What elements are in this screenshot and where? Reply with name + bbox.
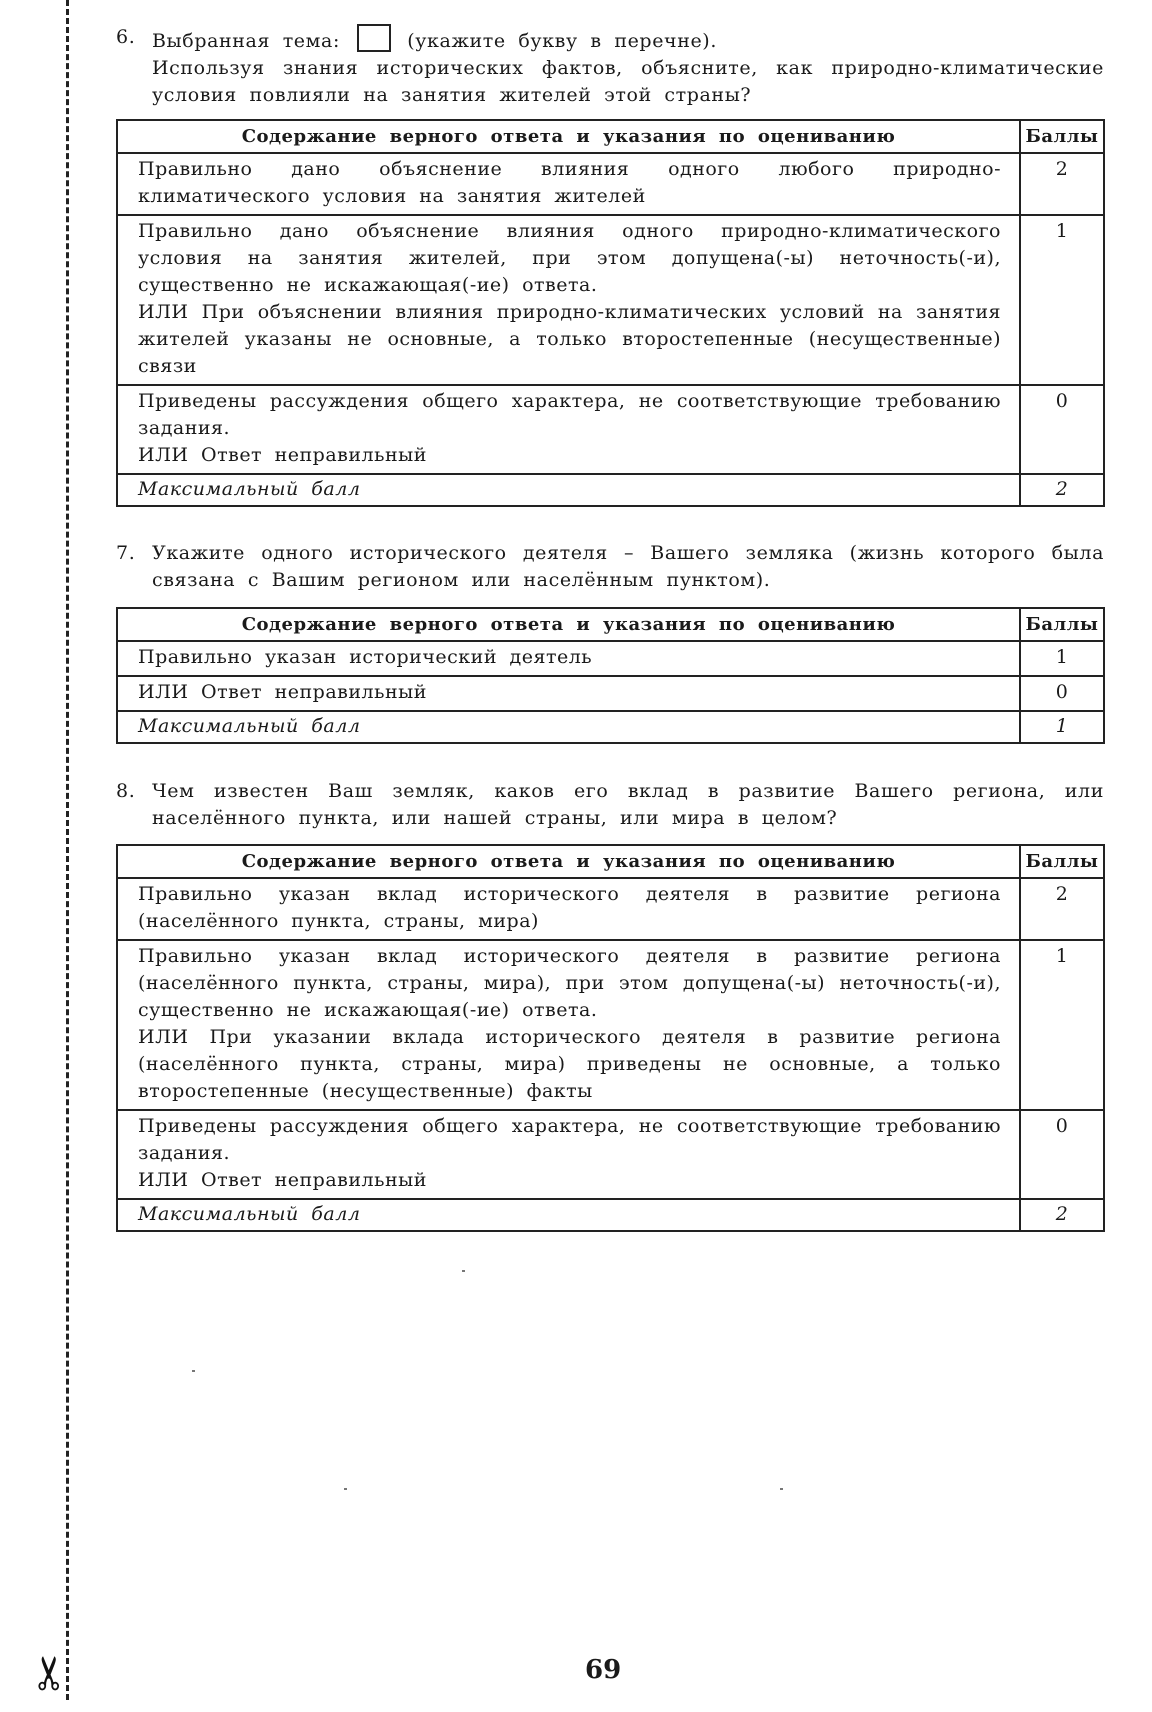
- criterion-line: ИЛИ Ответ неправильный: [138, 679, 1001, 706]
- max-score-label: Максимальный балл: [117, 1199, 1020, 1231]
- max-score-row: Максимальный балл1: [117, 711, 1104, 743]
- scan-speck: [462, 1270, 465, 1272]
- question-8: 8. Чем известен Ваш земляк, каков его вк…: [116, 778, 1104, 832]
- table-row: Правильно дано объяснение влияния одного…: [117, 153, 1104, 215]
- scissors-icon: ✂: [26, 1654, 72, 1693]
- table-row: Правильно дано объяснение влияния одного…: [117, 215, 1104, 385]
- max-score-value: 2: [1020, 474, 1104, 506]
- table-row: Правильно указан вклад исторического дея…: [117, 878, 1104, 940]
- page-number: 69: [585, 1655, 621, 1685]
- criterion-line: Правильно указан вклад исторического дея…: [138, 943, 1001, 1024]
- header-score: Баллы: [1020, 845, 1104, 878]
- criterion-line: ИЛИ При объяснении влияния природно-клим…: [138, 299, 1001, 380]
- table-row: Приведены рассуждения общего характера, …: [117, 385, 1104, 474]
- criterion-text: Правильно дано объяснение влияния одного…: [117, 215, 1020, 385]
- cut-line: [66, 0, 69, 1700]
- criteria-table-q8: Содержание верного ответа и указания по …: [116, 844, 1105, 1232]
- question-prompt: Выбранная тема:: [152, 30, 340, 52]
- criterion-text: Правильно указан исторический деятель: [117, 641, 1020, 676]
- criterion-text: ИЛИ Ответ неправильный: [117, 676, 1020, 711]
- question-prompt-hint: (укажите букву в перечне).: [407, 30, 717, 52]
- criterion-score: 2: [1020, 153, 1104, 215]
- criterion-text: Правильно указан вклад исторического дея…: [117, 940, 1020, 1110]
- header-score: Баллы: [1020, 608, 1104, 641]
- criteria-table-q7: Содержание верного ответа и указания по …: [116, 607, 1105, 744]
- max-score-row: Максимальный балл2: [117, 1199, 1104, 1231]
- question-number: 6.: [116, 24, 135, 51]
- criterion-line: ИЛИ При указании вклада исторического де…: [138, 1024, 1001, 1105]
- question-7: 7. Укажите одного исторического деятеля …: [116, 540, 1104, 594]
- header-score: Баллы: [1020, 120, 1104, 153]
- table-header-row: Содержание верного ответа и указания по …: [117, 120, 1104, 153]
- criterion-line: Приведены рассуждения общего характера, …: [138, 388, 1001, 442]
- criterion-line: Правильно указан исторический деятель: [138, 644, 1001, 671]
- table-row: Правильно указан исторический деятель1: [117, 641, 1104, 676]
- criterion-text: Приведены рассуждения общего характера, …: [117, 1110, 1020, 1199]
- max-score-value: 1: [1020, 711, 1104, 743]
- question-number: 8.: [116, 778, 135, 805]
- criterion-line: Правильно указан вклад исторического дея…: [138, 881, 1001, 935]
- question-6: 6. Выбранная тема: (укажите букву в пере…: [116, 24, 1104, 109]
- table-header-row: Содержание верного ответа и указания по …: [117, 608, 1104, 641]
- scan-speck: [344, 1488, 347, 1490]
- criterion-text: Приведены рассуждения общего характера, …: [117, 385, 1020, 474]
- header-content: Содержание верного ответа и указания по …: [117, 120, 1020, 153]
- header-content: Содержание верного ответа и указания по …: [117, 608, 1020, 641]
- topic-letter-box[interactable]: [357, 24, 391, 52]
- question-text: Используя знания исторических фактов, об…: [152, 55, 1104, 109]
- question-text: Чем известен Ваш земляк, каков его вклад…: [152, 778, 1104, 832]
- max-score-label: Максимальный балл: [117, 474, 1020, 506]
- scan-speck: [192, 1370, 195, 1372]
- table-row: Правильно указан вклад исторического дея…: [117, 940, 1104, 1110]
- scan-speck: [780, 1488, 783, 1490]
- max-score-value: 2: [1020, 1199, 1104, 1231]
- criterion-text: Правильно дано объяснение влияния одного…: [117, 153, 1020, 215]
- criterion-score: 1: [1020, 940, 1104, 1110]
- criterion-line: Правильно дано объяснение влияния одного…: [138, 218, 1001, 299]
- criterion-score: 0: [1020, 676, 1104, 711]
- criterion-line: Правильно дано объяснение влияния одного…: [138, 156, 1001, 210]
- criterion-score: 1: [1020, 215, 1104, 385]
- criterion-score: 1: [1020, 641, 1104, 676]
- criteria-table-q6: Содержание верного ответа и указания по …: [116, 119, 1105, 507]
- criterion-line: ИЛИ Ответ неправильный: [138, 1167, 1001, 1194]
- criterion-score: 2: [1020, 878, 1104, 940]
- max-score-row: Максимальный балл2: [117, 474, 1104, 506]
- criterion-text: Правильно указан вклад исторического дея…: [117, 878, 1020, 940]
- table-row: ИЛИ Ответ неправильный0: [117, 676, 1104, 711]
- criterion-line: Приведены рассуждения общего характера, …: [138, 1113, 1001, 1167]
- max-score-label: Максимальный балл: [117, 711, 1020, 743]
- criterion-score: 0: [1020, 385, 1104, 474]
- table-header-row: Содержание верного ответа и указания по …: [117, 845, 1104, 878]
- criterion-line: ИЛИ Ответ неправильный: [138, 442, 1001, 469]
- table-row: Приведены рассуждения общего характера, …: [117, 1110, 1104, 1199]
- header-content: Содержание верного ответа и указания по …: [117, 845, 1020, 878]
- question-text: Укажите одного исторического деятеля – В…: [152, 540, 1104, 594]
- question-number: 7.: [116, 540, 135, 567]
- criterion-score: 0: [1020, 1110, 1104, 1199]
